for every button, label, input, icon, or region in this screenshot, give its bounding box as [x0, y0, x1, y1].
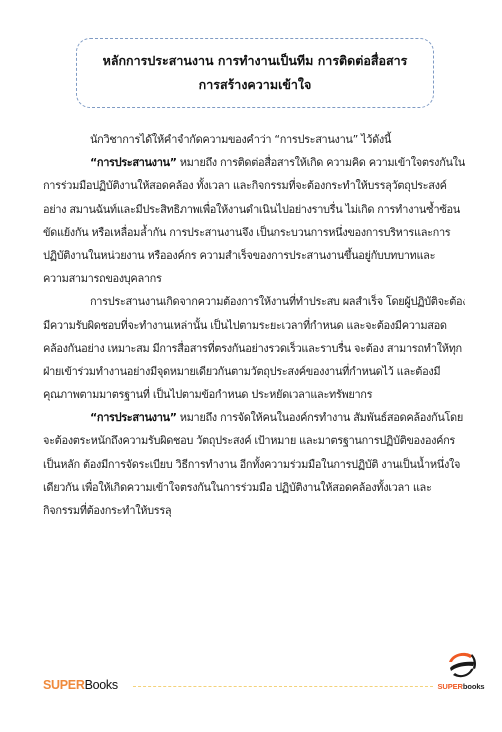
body-line: “การประสานงาน” หมายถึง การจัดให้คนในองค์… — [43, 406, 465, 429]
bold-term: “การประสานงาน” — [90, 156, 177, 169]
title-line-1: หลักการประสานงาน การทำงานเป็นทีม การติดต… — [103, 49, 408, 73]
line-text: กิจกรรมที่ต้องกระทำให้บรรลุ — [43, 504, 171, 517]
line-text: หมายถึง การติดต่อสื่อสารให้เกิด ความคิด … — [177, 156, 465, 169]
page-footer: SUPERBooks SUPERbooks — [0, 676, 502, 716]
brand-super: SUPER — [43, 678, 85, 692]
line-text: ฝ่ายเข้าร่วมทำงานอย่างมีจุดหมายเดียวกันต… — [43, 365, 440, 378]
logo-books: books — [463, 682, 485, 691]
body-line: กิจกรรมที่ต้องกระทำให้บรรลุ — [43, 499, 465, 522]
body-line: ปฏิบัติงานในหน่วยงาน หรือองค์กร ความสำเร… — [43, 244, 465, 267]
body-line: ขัดแย้งกัน หรือเหลื่อมล้ำกัน การประสานงา… — [43, 221, 465, 244]
line-text: จะต้องตระหนักถึงความรับผิดชอบ วัตถุประสง… — [43, 434, 455, 447]
superbooks-wordmark: SUPERBooks — [43, 678, 118, 692]
line-text: เป็นหลัก ต้องมีการจัดระเบียบ วิธีการทำงา… — [43, 458, 460, 471]
body-line: คุณภาพตามมาตรฐานที่ เป็นไปตามข้อกำหนด ปร… — [43, 383, 465, 406]
line-text: หมายถึง การจัดให้คนในองค์กรทำงาน สัมพันธ… — [177, 411, 463, 424]
body-line: ฝ่ายเข้าร่วมทำงานอย่างมีจุดหมายเดียวกันต… — [43, 360, 465, 383]
line-text: คุณภาพตามมาตรฐานที่ เป็นไปตามข้อกำหนด ปร… — [43, 388, 372, 401]
body-line: เป็นหลัก ต้องมีการจัดระเบียบ วิธีการทำงา… — [43, 453, 465, 476]
body-line: มีความรับผิดชอบที่จะทำงานเหล่านั้น เป็นไ… — [43, 314, 465, 337]
line-text: มีความรับผิดชอบที่จะทำงานเหล่านั้น เป็นไ… — [43, 319, 447, 332]
line-text: เดียวกัน เพื่อให้เกิดความเข้าใจตรงกันในก… — [43, 481, 432, 494]
line-text: ความสามารถของบุคลากร — [43, 272, 162, 285]
superbooks-logo-text: SUPERbooks — [430, 682, 492, 691]
body-line: ความสามารถของบุคลากร — [43, 267, 465, 290]
body-line: อย่าง สมานฉันท์และมีประสิทธิภาพเพื่อให้ง… — [43, 198, 465, 221]
line-text: คล้องกันอย่าง เหมาะสม มีการสื่อสารที่ตรง… — [43, 342, 462, 355]
body-line: คล้องกันอย่าง เหมาะสม มีการสื่อสารที่ตรง… — [43, 337, 465, 360]
line-text: นักวิชาการได้ให้คำจำกัดความของคำว่า “การ… — [90, 133, 391, 146]
line-text: การร่วมมือปฏิบัติงานให้สอดคล้อง ทั้งเวลา… — [43, 179, 447, 192]
bold-term: “การประสานงาน” — [90, 411, 177, 424]
body-line: เดียวกัน เพื่อให้เกิดความเข้าใจตรงกันในก… — [43, 476, 465, 499]
title-line-2: การสร้างความเข้าใจ — [199, 73, 312, 97]
line-text: อย่าง สมานฉันท์และมีประสิทธิภาพเพื่อให้ง… — [43, 203, 460, 216]
line-text: ปฏิบัติงานในหน่วยงาน หรือองค์กร ความสำเร… — [43, 249, 435, 262]
line-text: การประสานงานเกิดจากความต้องการให้งานที่ท… — [90, 295, 465, 308]
superbooks-swirl-logo-icon — [444, 648, 478, 682]
body-line: การร่วมมือปฏิบัติงานให้สอดคล้อง ทั้งเวลา… — [43, 174, 465, 197]
footer-divider — [133, 686, 433, 687]
title-box: หลักการประสานงาน การทำงานเป็นทีม การติดต… — [76, 38, 434, 108]
line-text: ขัดแย้งกัน หรือเหลื่อมล้ำกัน การประสานงา… — [43, 226, 450, 239]
body-line: จะต้องตระหนักถึงความรับผิดชอบ วัตถุประสง… — [43, 429, 465, 452]
brand-books: Books — [85, 678, 118, 692]
body-line: นักวิชาการได้ให้คำจำกัดความของคำว่า “การ… — [43, 128, 465, 151]
body-text: นักวิชาการได้ให้คำจำกัดความของคำว่า “การ… — [43, 128, 465, 522]
logo-super: SUPER — [438, 682, 463, 691]
body-line: “การประสานงาน” หมายถึง การติดต่อสื่อสารใ… — [43, 151, 465, 174]
body-line: การประสานงานเกิดจากความต้องการให้งานที่ท… — [43, 290, 465, 313]
superbooks-logo: SUPERbooks — [430, 648, 492, 698]
